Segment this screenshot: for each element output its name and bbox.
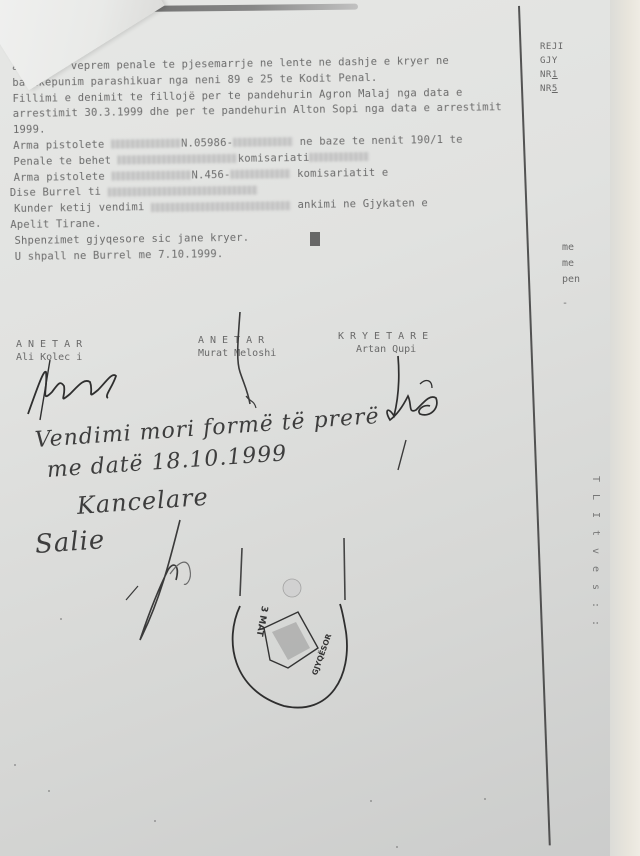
margin-note: me xyxy=(562,240,580,256)
registry-number-2: NR5 xyxy=(540,82,564,96)
document-photo: REJI GJY NR1 NR5 alaj per veprem penale … xyxy=(0,0,640,856)
signature-scribble xyxy=(387,356,437,420)
signatory-role: KRYETARE xyxy=(338,330,434,343)
paper-speck xyxy=(14,764,16,766)
stamp-text-right: GJYQËSOR xyxy=(310,633,333,677)
vertical-char: T xyxy=(586,476,604,482)
redacted-text xyxy=(111,171,191,181)
signatory-name: Ali Kolec i xyxy=(16,351,88,364)
redacted-text xyxy=(108,185,258,196)
margin-note: - xyxy=(562,296,580,312)
registry-number-1: NR1 xyxy=(540,68,564,82)
margin-notes: me me pen - xyxy=(562,240,580,312)
signatory-role: ANETAR xyxy=(16,338,88,351)
signature-flourish xyxy=(140,520,180,640)
paper-edge xyxy=(610,0,640,856)
signatory-member-1: ANETAR Ali Kolec i xyxy=(16,338,88,364)
vertical-margin-text: TLItves:: xyxy=(592,470,598,632)
signatory-role: ANETAR xyxy=(198,334,276,347)
margin-note: pen xyxy=(562,272,580,288)
vertical-char: t xyxy=(586,530,604,536)
handwritten-line-1: Vendimi mori formë të prerë xyxy=(34,404,380,453)
redacted-text xyxy=(231,169,291,179)
paper-speck xyxy=(370,800,372,802)
vertical-char: s xyxy=(586,584,604,590)
registry-label-2: GJY xyxy=(540,54,564,68)
vertical-char: : xyxy=(586,620,604,626)
redacted-text xyxy=(111,139,181,149)
redacted-text xyxy=(151,201,291,212)
paper-speck xyxy=(48,790,50,792)
registry-header: REJI GJY NR1 NR5 xyxy=(540,40,564,96)
signatory-name: Artan Qupi xyxy=(338,343,434,356)
vertical-char: I xyxy=(586,512,604,518)
signatory-member-2: ANETAR Murat Meloshi xyxy=(198,334,276,360)
court-stamp xyxy=(233,538,347,708)
paper-speck xyxy=(396,846,398,848)
vertical-char: v xyxy=(586,548,604,554)
vertical-char: L xyxy=(586,494,604,500)
vertical-char: : xyxy=(586,602,604,608)
vertical-char: e xyxy=(586,566,604,572)
decision-body: alaj per veprem penale te pjesemarrje ne… xyxy=(12,53,525,265)
registry-label: REJI xyxy=(540,40,564,54)
redacted-text xyxy=(233,138,293,148)
signatory-chair: KRYETARE Artan Qupi xyxy=(338,330,434,356)
handwritten-line-3: Kancelare xyxy=(76,483,210,520)
paper-speck xyxy=(60,618,62,620)
redacted-text xyxy=(118,154,238,165)
paper-speck xyxy=(154,820,156,822)
signatory-name: Murat Meloshi xyxy=(198,347,276,360)
margin-note: me xyxy=(562,256,580,272)
signature-scribble xyxy=(28,372,116,414)
stamp-text-left: 3 MAT xyxy=(254,605,269,637)
handwritten-line-4: Salie xyxy=(34,525,106,560)
paper-speck xyxy=(484,798,486,800)
redacted-text xyxy=(309,152,369,162)
